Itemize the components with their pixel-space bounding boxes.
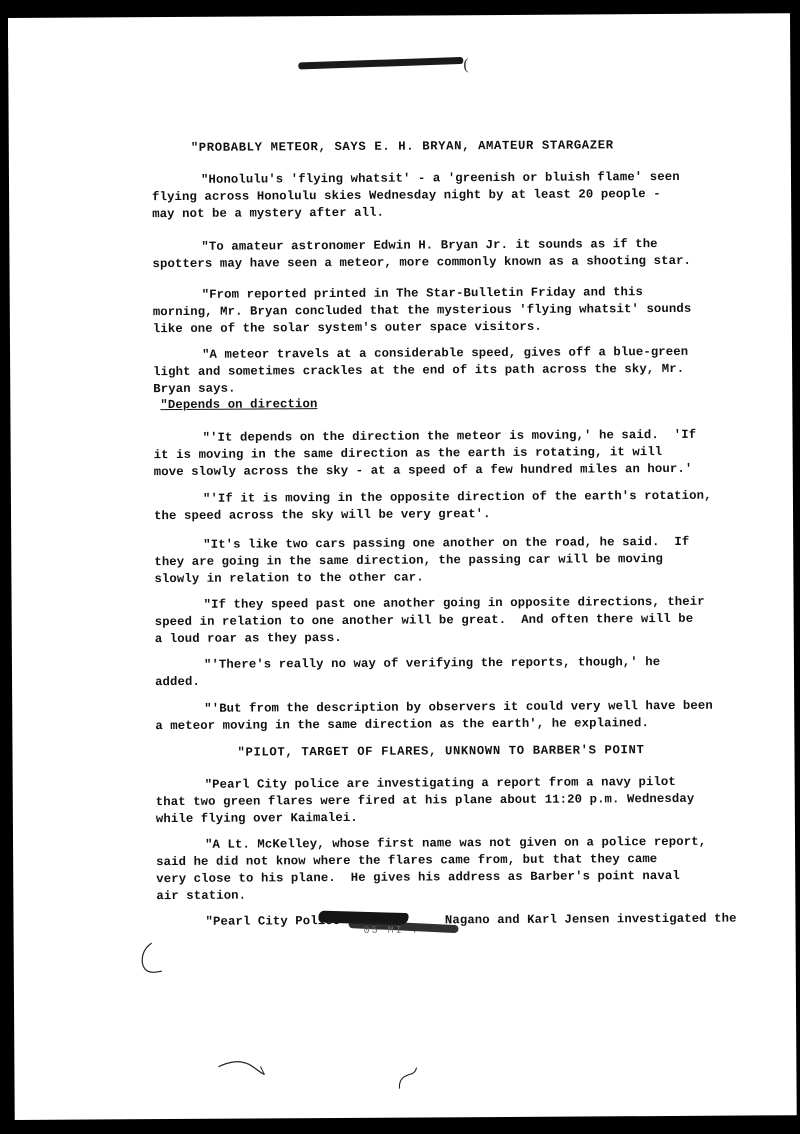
page-corner: [8, 18, 18, 48]
paragraph-line: they are going in the same direction, th…: [154, 551, 663, 571]
paragraph-line: slowly in relation to the other car.: [154, 569, 423, 587]
heading-pilot: "PILOT, TARGET OF FLARES, UNKNOWN TO BAR…: [237, 742, 644, 761]
paragraph-line: light and sometimes crackles at the end …: [153, 361, 684, 381]
paragraph-line: "From reported printed in The Star-Bulle…: [202, 284, 643, 303]
document-body: "PROBABLY METEOR, SAYS E. H. BRYAN, AMAT…: [8, 13, 790, 18]
paragraph-line: Bryan says.: [153, 381, 235, 398]
stamp-residue: 05 MI .: [364, 926, 420, 937]
pen-mark-curve-icon: [134, 937, 174, 982]
paragraph-line: "Pearl City Police Nagano and Karl Jense…: [205, 911, 736, 931]
paragraph-line: "To amateur astronomer Edwin H. Bryan Jr…: [201, 236, 657, 255]
paragraph-line: while flying over Kaimalei.: [156, 810, 358, 828]
pen-mark-squiggle-icon: [214, 1056, 274, 1081]
paragraph-line: added.: [155, 674, 200, 691]
paragraph-line: morning, Mr. Bryan concluded that the my…: [153, 301, 692, 321]
pen-mark-hook-icon: [394, 1063, 424, 1093]
paragraph-line: move slowly across the sky - at a speed …: [154, 461, 693, 481]
paragraph-line: very close to his plane. He gives his ad…: [156, 868, 680, 888]
paragraph-line: a meteor moving in the same direction as…: [155, 715, 649, 735]
redaction-bar-top: [298, 57, 463, 70]
paragraph-line: speed in relation to one another will be…: [155, 611, 694, 631]
subhead-depends-on-direction: "Depends on direction: [160, 396, 317, 413]
paragraph-line: "'If it is moving in the opposite direct…: [203, 488, 712, 508]
paragraph-line: air station.: [156, 888, 246, 905]
paragraph-line: spotters may have seen a meteor, more co…: [152, 253, 691, 273]
paragraph-line: that two green flares were fired at his …: [156, 791, 695, 811]
paragraph-line: "'There's really no way of verifying the…: [204, 654, 660, 673]
document-page: ( "PROBABLY METEOR, SAYS E. H. BRYAN, AM…: [8, 13, 797, 1120]
heading-meteor: "PROBABLY METEOR, SAYS E. H. BRYAN, AMAT…: [191, 137, 614, 156]
paragraph-line: may not be a mystery after all.: [152, 205, 384, 223]
paragraph-line: flying across Honolulu skies Wednesday n…: [152, 186, 661, 206]
paragraph-line: a loud roar as they pass.: [155, 630, 342, 648]
paragraph-line: like one of the solar system's outer spa…: [153, 319, 542, 338]
paragraph-line: the speed across the sky will be very gr…: [154, 506, 491, 525]
top-mark: (: [463, 56, 468, 74]
